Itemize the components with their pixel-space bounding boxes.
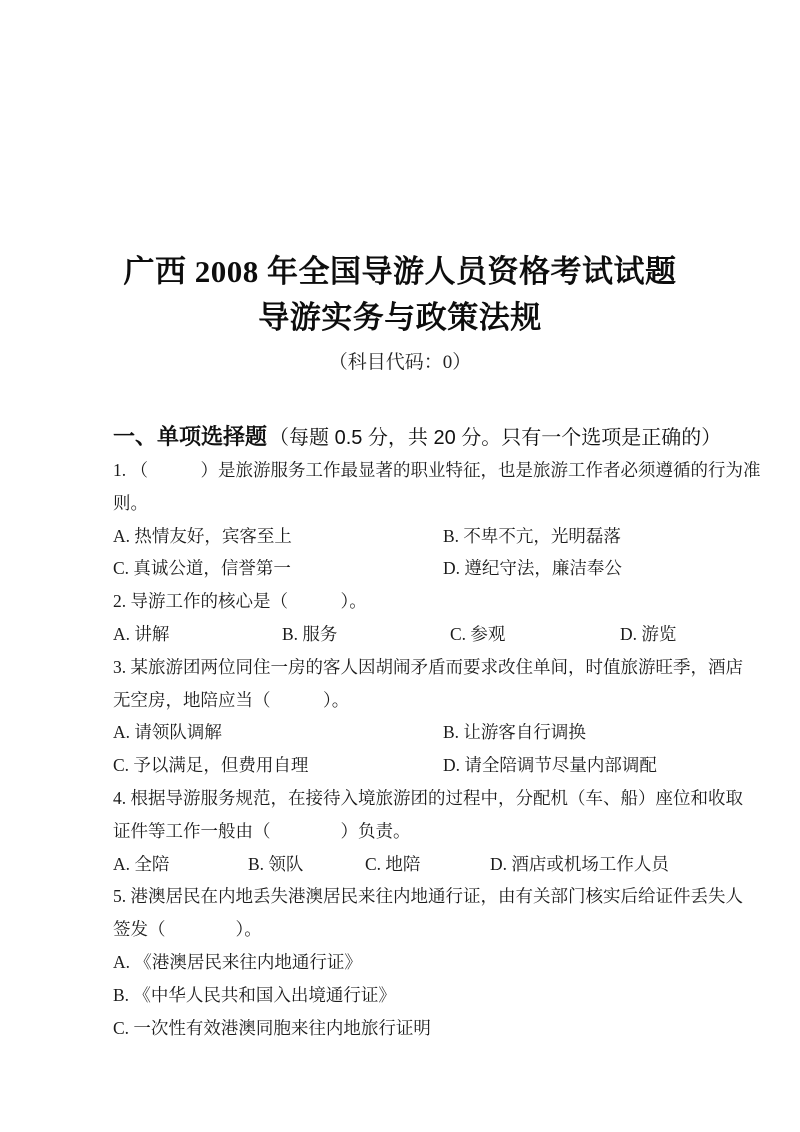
question-5-line-2: 签发（ ）。 xyxy=(113,913,703,946)
question-2-option-a: A. 讲解 xyxy=(113,618,169,651)
question-5-option-c: C. 一次性有效港澳同胞来往内地旅行证明 xyxy=(113,1012,703,1045)
section-note: （每题 0.5 分，共 20 分。只有一个选项是正确的） xyxy=(269,427,721,449)
subject-code: （科目代码：0） xyxy=(0,349,800,377)
question-2-option-b: B. 服务 xyxy=(282,618,337,651)
section-heading: 一、单项选择题（每题 0.5 分，共 20 分。只有一个选项是正确的） xyxy=(113,419,713,458)
question-1-options-row-2: C. 真诚公道，信誉第一 D. 遵纪守法，廉洁奉公 xyxy=(113,552,703,585)
question-1-option-b: B. 不卑不亢，光明磊落 xyxy=(443,520,621,553)
question-5-option-b: B. 《中华人民共和国入出境通行证》 xyxy=(113,979,703,1012)
question-3-option-a: A. 请领队调解 xyxy=(113,716,222,749)
question-4-option-a: A. 全陪 xyxy=(113,848,169,881)
question-1-option-d: D. 遵纪守法，廉洁奉公 xyxy=(443,552,622,585)
question-5-option-a: A. 《港澳居民来往内地通行证》 xyxy=(113,946,703,979)
question-5-line-1: 5. 港澳居民在内地丢失港澳居民来往内地通行证，由有关部门核实后给证件丢失人 xyxy=(113,880,703,913)
question-1-option-a: A. 热情友好，宾客至上 xyxy=(113,520,292,553)
question-4-option-d: D. 酒店或机场工作人员 xyxy=(490,848,669,881)
question-1-line-2: 则。 xyxy=(113,487,703,520)
question-3-option-d: D. 请全陪调节尽量内部调配 xyxy=(443,749,657,782)
question-3-options-row-1: A. 请领队调解 B. 让游客自行调换 xyxy=(113,716,703,749)
question-1-options-row-1: A. 热情友好，宾客至上 B. 不卑不亢，光明磊落 xyxy=(113,520,703,553)
question-3-option-c: C. 予以满足，但费用自理 xyxy=(113,749,308,782)
exam-title-line2: 导游实务与政策法规 xyxy=(0,298,800,338)
question-3-option-b: B. 让游客自行调换 xyxy=(443,716,586,749)
section-title: 一、单项选择题 xyxy=(113,424,267,449)
question-4-line-2: 证件等工作一般由（ ）负责。 xyxy=(113,815,703,848)
question-4-option-b: B. 领队 xyxy=(248,848,303,881)
question-2-options-row: A. 讲解 B. 服务 C. 参观 D. 游览 xyxy=(113,618,703,651)
question-2-line-1: 2. 导游工作的核心是（ ）。 xyxy=(113,585,703,618)
question-1-line-1: 1. （ ）是旅游服务工作最显著的职业特征，也是旅游工作者必须遵循的行为准 xyxy=(113,454,703,487)
question-1-option-c: C. 真诚公道，信誉第一 xyxy=(113,552,291,585)
question-list: 1. （ ）是旅游服务工作最显著的职业特征，也是旅游工作者必须遵循的行为准 则。… xyxy=(113,454,703,1044)
question-3-options-row-2: C. 予以满足，但费用自理 D. 请全陪调节尽量内部调配 xyxy=(113,749,703,782)
question-3-line-1: 3. 某旅游团两位同住一房的客人因胡闹矛盾而要求改住单间，时值旅游旺季，酒店 xyxy=(113,651,703,684)
question-2-option-c: C. 参观 xyxy=(450,618,505,651)
question-4-option-c: C. 地陪 xyxy=(365,848,420,881)
question-4-line-1: 4. 根据导游服务规范，在接待入境旅游团的过程中，分配机（车、船）座位和收取 xyxy=(113,782,703,815)
question-2-option-d: D. 游览 xyxy=(620,618,676,651)
document-page: 广西 2008 年全国导游人员资格考试试题 导游实务与政策法规 （科目代码：0）… xyxy=(0,0,800,1132)
exam-title-line1: 广西 2008 年全国导游人员资格考试试题 xyxy=(0,252,800,292)
question-4-options-row: A. 全陪 B. 领队 C. 地陪 D. 酒店或机场工作人员 xyxy=(113,848,703,881)
question-3-line-2: 无空房，地陪应当（ ）。 xyxy=(113,684,703,717)
